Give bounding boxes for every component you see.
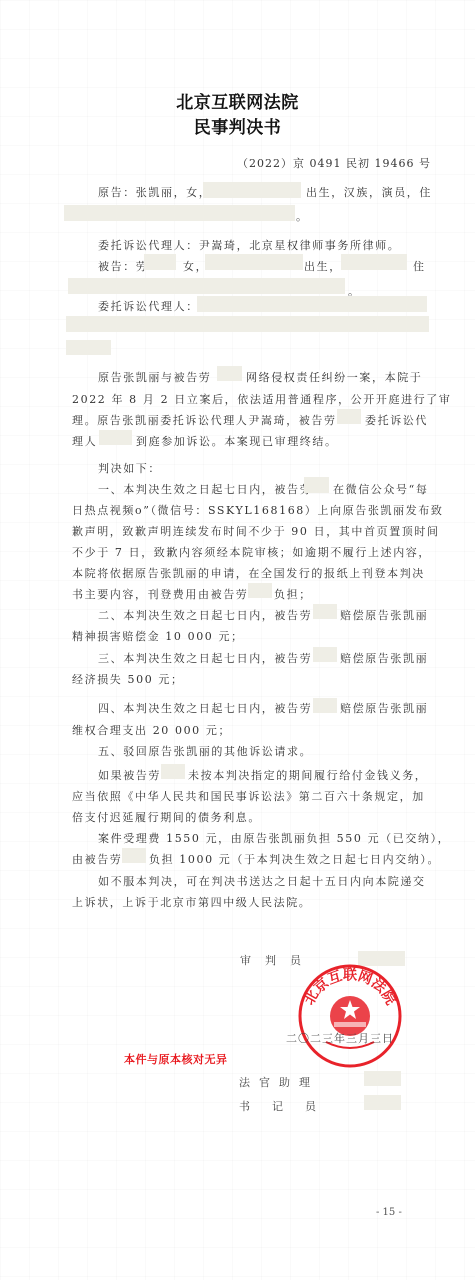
redaction-block: [99, 430, 132, 445]
judgment-line: 本院将依据原告张凯丽的申请，在全国发行的报纸上刊登本判决: [72, 565, 425, 581]
redaction-block: [122, 848, 146, 863]
redaction-block: [205, 254, 303, 270]
plaintiff-agent-line: 委托诉讼代理人：尹嵩琦，北京星权律师事务所律师。: [98, 237, 400, 253]
redaction-block: [364, 1071, 401, 1086]
judgment-line: 精神损害赔偿金 10 000 元；: [72, 628, 244, 644]
court-seal-icon: 北京互联网法院: [296, 962, 404, 1070]
judgment-line: 四、本判决生效之日起七日内，被告劳: [98, 700, 312, 716]
judgment-line: 不少于 7 日，致歉内容须经本院审核；如逾期不履行上述内容，: [72, 544, 431, 560]
document-type: 民事判决书: [0, 113, 475, 138]
body-line: 理。原告张凯丽委托诉讼代理人尹嵩琦，被告劳: [72, 412, 337, 428]
fee-line: 负担 1000 元（于本判决生效之日起七日内交纳）。: [149, 851, 440, 867]
redaction-block: [203, 182, 301, 198]
judgment-line: 日热点视频o”（微信号：SSKYL168168）上向原告张凯丽发布致: [72, 502, 444, 518]
clerk-label: 书记员: [239, 1098, 338, 1114]
judgment-line: 书主要内容，刊登费用由被告劳: [72, 586, 248, 602]
fee-line: 由被告劳: [72, 851, 122, 867]
defendant-birth: 出生，: [304, 258, 342, 274]
body-line: 委托诉讼代: [365, 412, 428, 428]
redaction-block: [313, 647, 337, 662]
case-number: （2022）京 0491 民初 19466 号: [237, 155, 431, 171]
appeal-line: 上诉状，上诉于北京市第四中级人民法院。: [72, 894, 311, 910]
judgment-line: 二、本判决生效之日起七日内，被告劳: [98, 607, 312, 623]
page-number: - 15 -: [376, 1207, 402, 1218]
redaction-block: [144, 254, 176, 270]
plaintiff-line-cont: 出生，汉族，演员，住: [306, 184, 432, 200]
body-line: 原告张凯丽与被告劳: [98, 369, 211, 385]
assistant-label: 法官助理: [239, 1074, 319, 1090]
judgment-line: 赔偿原告张凯丽: [340, 650, 428, 666]
body-line: 到庭参加诉讼。本案现已审理终结。: [136, 433, 338, 449]
judgment-line: 歉声明，致歉声明连续发布时间不少于 90 日，其中首页置顶时间: [72, 523, 440, 539]
judgment-line: 三、本判决生效之日起七日内，被告劳: [98, 650, 312, 666]
body-line: 2022 年 8 月 2 日立案后，依法适用普通程序，公开开庭进行了审: [72, 391, 451, 407]
judgment-line: 经济损失 500 元；: [72, 671, 184, 687]
judgment-heading: 判决如下：: [98, 460, 161, 476]
redaction-block: [337, 409, 361, 424]
redaction-block: [313, 604, 337, 619]
defendant-agent-line: 委托诉讼代理人：: [98, 298, 199, 314]
redaction-block: [313, 698, 337, 713]
redaction-block: [197, 296, 427, 312]
redaction-block: [66, 316, 429, 332]
body-line: 理人: [72, 433, 97, 449]
judgment-line: 维权合理支出 20 000 元；: [72, 722, 231, 738]
appeal-line: 如不服本判决，可在判决书送达之日起十五日内向本院递交: [98, 873, 426, 889]
judgment-line: 在微信公众号“每: [333, 481, 428, 497]
redaction-block: [217, 366, 242, 381]
certification-note: 本件与原本核对无异: [124, 1051, 228, 1067]
redaction-block: [68, 278, 345, 294]
period: 。: [296, 208, 309, 224]
body-line: 网络侵权责任纠纷一案，本院于: [246, 369, 422, 385]
fee-line: 案件受理费 1550 元，由原告张凯丽负担 550 元（已交纳），: [98, 830, 450, 846]
redaction-block: [304, 477, 329, 493]
judgment-line: 赔偿原告张凯丽: [340, 700, 428, 716]
judgment-line: 赔偿原告张凯丽: [340, 607, 428, 623]
interest-line: 未按本判决指定的期间履行给付金钱义务，: [188, 767, 427, 783]
redaction-block: [248, 583, 272, 598]
redaction-block: [364, 1095, 401, 1110]
judgment-date: 二〇二三年三月三日: [286, 1030, 394, 1046]
defendant-residence: 住: [413, 258, 426, 274]
judgment-line: 五、驳回原告张凯丽的其他诉讼请求。: [98, 743, 312, 759]
redaction-block: [66, 340, 111, 355]
defendant-line: 被告：劳: [98, 258, 148, 274]
redaction-block: [64, 205, 295, 221]
redaction-block: [161, 764, 185, 779]
interest-line: 倍支付迟延履行期间的债务利息。: [72, 809, 261, 825]
court-name: 北京互联网法院: [0, 88, 475, 113]
judgment-line: 一、本判决生效之日起七日内，被告劳: [98, 481, 312, 497]
judgment-line: 负担；: [274, 586, 312, 602]
interest-line: 应当依照《中华人民共和国民事诉讼法》第二百六十条规定，加: [72, 788, 425, 804]
plaintiff-line: 原告：张凯丽，女，: [98, 184, 211, 200]
interest-line: 如果被告劳: [98, 767, 161, 783]
redaction-block: [341, 254, 407, 270]
